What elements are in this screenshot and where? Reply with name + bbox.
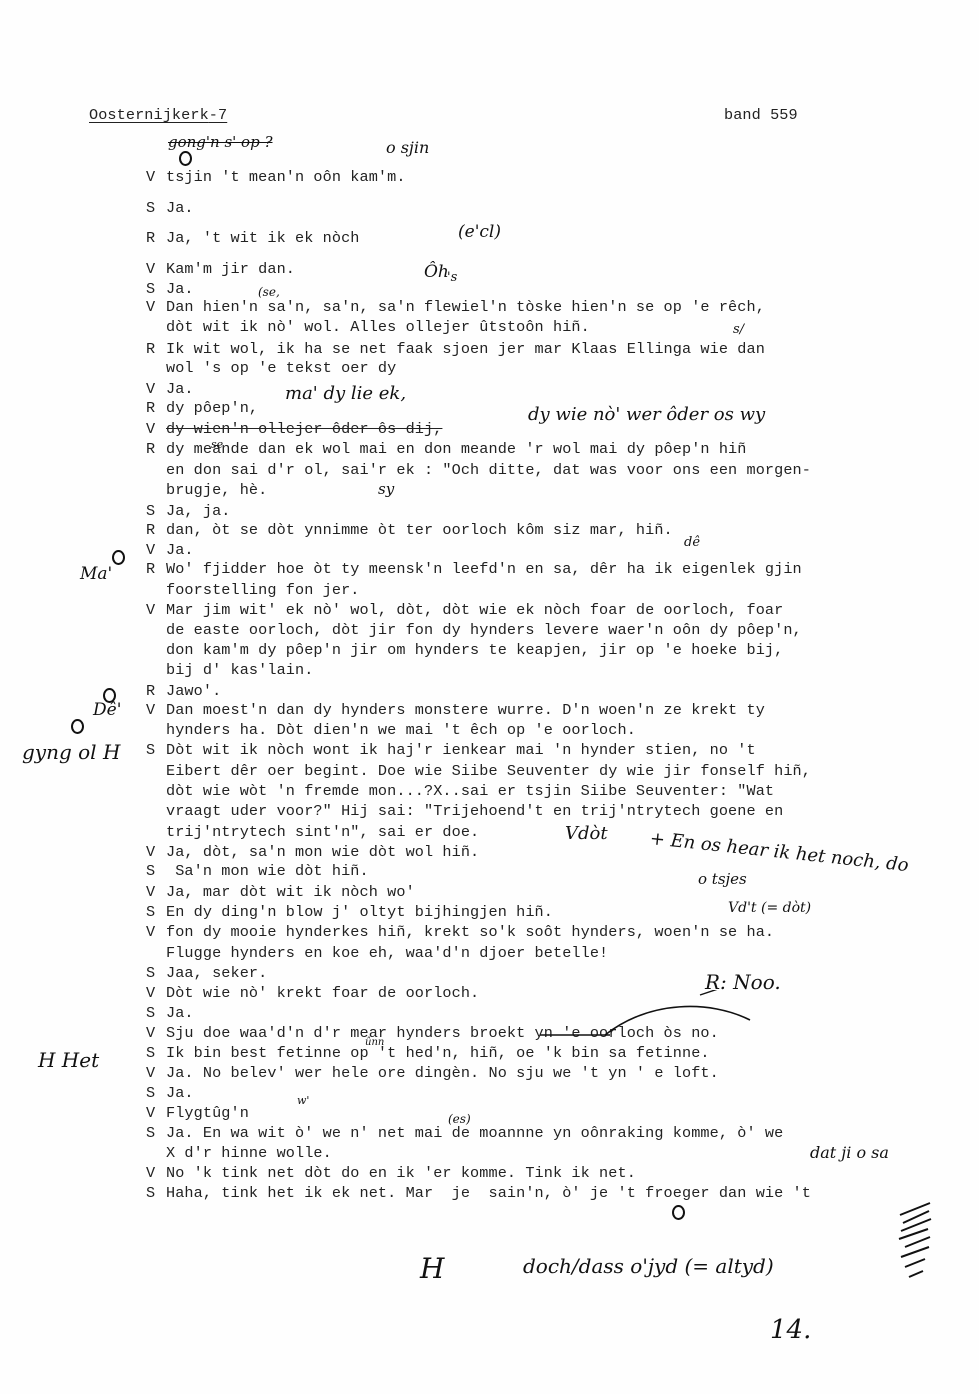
line-text: Ja. [166, 541, 194, 559]
annotation-bottom-h: H [420, 1252, 444, 1285]
speaker-label: V [146, 168, 166, 186]
line-text: Sa'n mon wie dòt hiñ. [166, 862, 369, 880]
transcript-line: dòt wit ik nò' wol. Alles ollejer ûtstoô… [146, 318, 590, 336]
annotation-w: w' [297, 1094, 309, 1107]
speaker-label: S [146, 1084, 166, 1102]
speaker-label: V [146, 883, 166, 901]
speaker-label: V [146, 1164, 166, 1182]
speaker-label: V [146, 1024, 166, 1042]
speaker-label: R [146, 560, 166, 578]
transcript-line: SIk bin best fetinne op 't hed'n, hiñ, o… [146, 1044, 710, 1062]
speaker-label: R [146, 340, 166, 358]
transcript-line: SJa. [146, 1004, 194, 1022]
transcript-line: VJa, dòt, sa'n mon wie dòt wol hiñ. [146, 843, 479, 861]
transcript-line: RWo' fjidder hoe òt ty meensk'n leefd'n … [146, 560, 802, 578]
speaker-label: V [146, 923, 166, 941]
line-text: don kam'm dy pôep'n jir om hynders te ke… [166, 641, 783, 659]
speaker-label: S [146, 199, 166, 217]
document-page: Oosternijkerk-7 band 559 Vtsjin 't mean'… [0, 0, 979, 1394]
line-text: Mar jim wit' ek nò' wol, dòt, dòt wie ek… [166, 601, 783, 619]
line-text: En dy ding'n blow j' oltyt bijhingjen hi… [166, 903, 553, 921]
line-text: Haha, tink het ik ek net. Mar je sain'n,… [166, 1184, 811, 1202]
line-text: dòt wit ik nò' wol. Alles ollejer ûtstoô… [166, 318, 590, 336]
speaker-label: V [146, 541, 166, 559]
transcript-line: en don sai d'r ol, sai'r ek : "Och ditte… [146, 461, 811, 479]
line-text: dy meande dan ek wol mai en don meande '… [166, 440, 746, 458]
line-text: dòt wie wòt 'n fremde mon...?X..sai er t… [166, 782, 774, 800]
transcript-line: VMar jim wit' ek nò' wol, dòt, dòt wie e… [146, 601, 783, 619]
speaker-label: S [146, 741, 166, 759]
annotation-dat-ji: dat ji o sa [810, 1143, 889, 1162]
line-text: dy pôep'n, [166, 399, 258, 417]
line-text: brugje, hè. [166, 481, 267, 499]
transcript-line: SJa. [146, 199, 194, 217]
speaker-label: S [146, 1184, 166, 1202]
speaker-label: S [146, 1124, 166, 1142]
line-text: foorstelling fon jer. [166, 581, 360, 599]
transcript-line: X d'r hinne wolle. [146, 1144, 332, 1162]
line-text: Flugge hynders en koe eh, waa'd'n djoer … [166, 944, 608, 962]
transcript-line: Rdy meande dan ek wol mai en don meande … [146, 440, 746, 458]
annotation-vdot-box: Vd't (= dòt) [728, 900, 811, 916]
line-text: fon dy mooie hynderkes hiñ, krekt so'k s… [166, 923, 774, 941]
line-text: Jaa, seker. [166, 964, 267, 982]
speaker-label: S [146, 1004, 166, 1022]
transcript-line: Flugge hynders en koe eh, waa'd'n djoer … [146, 944, 608, 962]
annotation-top-left: gong'n s' op ? [168, 133, 272, 151]
speaker-label: R [146, 682, 166, 700]
transcript-line: vraagt uder voor?" Hij sai: "Trijehoend'… [146, 802, 783, 820]
annotation-vdot: Vdòt [565, 823, 608, 844]
line-text: Ja. [166, 280, 194, 298]
line-text: Flygtûg'n [166, 1104, 249, 1122]
transcript-line: wol 's op 'e tekst oer dy [146, 359, 396, 377]
band-number: band 559 [724, 106, 798, 124]
circle-mark [71, 719, 84, 734]
speaker-label: V [146, 601, 166, 619]
speaker-label: V [146, 298, 166, 316]
line-text: Ja. [166, 380, 194, 398]
line-text: X d'r hinne wolle. [166, 1144, 332, 1162]
annotation-de: dê [684, 535, 700, 550]
circle-mark [179, 151, 192, 166]
line-text: Dan moest'n dan dy hynders monstere wurr… [166, 701, 765, 719]
line-text: tsjin 't mean'n oôn kam'm. [166, 168, 406, 186]
transcript-line: VDan hien'n sa'n, sa'n, sa'n flewiel'n t… [146, 298, 765, 316]
transcript-line: VKam'm jir dan. [146, 260, 295, 278]
transcript-line: Rdy pôep'n, [146, 399, 258, 417]
transcript-line: trij'ntrytech sint'n", sai er doe. [146, 823, 479, 841]
line-text: Wo' fjidder hoe òt ty meensk'n leefd'n e… [166, 560, 802, 578]
speaker-label: S [146, 862, 166, 880]
annotation-ellinga: s/ [733, 322, 744, 337]
annotation-unn: ûnn [365, 1037, 384, 1048]
speaker-label: S [146, 964, 166, 982]
transcript-line: SEn dy ding'n blow j' oltyt bijhingjen h… [146, 903, 553, 921]
transcript-line: VJa, mar dòt wit ik nòch wo' [146, 883, 415, 901]
line-text: Ja, 't wit ik ek nòch [166, 229, 360, 247]
speaker-label: V [146, 843, 166, 861]
line-text: vraagt uder voor?" Hij sai: "Trijehoend'… [166, 802, 783, 820]
document-title: Oosternijkerk-7 [89, 106, 227, 124]
transcript-line: SJaa, seker. [146, 964, 267, 982]
transcript-line: de easte oorloch, dòt jir fon dy hynders… [146, 621, 802, 639]
transcript-line: SHaha, tink het ik ek net. Mar je sain'n… [146, 1184, 811, 1202]
speaker-label: S [146, 903, 166, 921]
line-text: Jawo'. [166, 682, 221, 700]
line-text: Kam'm jir dan. [166, 260, 295, 278]
speaker-label: R [146, 229, 166, 247]
speaker-label: S [146, 280, 166, 298]
transcript-line: RJawo'. [146, 682, 221, 700]
transcript-line: S Sa'n mon wie dòt hiñ. [146, 862, 369, 880]
annotation-margin-h-het: H Het [38, 1048, 99, 1072]
speaker-label: V [146, 1064, 166, 1082]
line-text: Ja. En wa wit ò' we n' net mai de moannn… [166, 1124, 783, 1142]
line-text: Ja, mar dòt wit ik nòch wo' [166, 883, 415, 901]
line-text: Ja. [166, 1084, 194, 1102]
circle-mark [103, 688, 116, 703]
line-text: Ik bin best fetinne op 't hed'n, hiñ, oe… [166, 1044, 710, 1062]
transcript-line: VNo 'k tink net dòt do en ik 'er komme. … [146, 1164, 636, 1182]
transcript-line: VJa. [146, 541, 194, 559]
annotation-top-right: o sjin [386, 138, 429, 157]
transcript-line: VJa. [146, 380, 194, 398]
speaker-label: S [146, 502, 166, 520]
annotation-margin-de: Dê' [93, 700, 121, 720]
annotation-margin-gyng: gyng ol H [22, 740, 120, 764]
transcript-line: Vtsjin 't mean'n oôn kam'm. [146, 168, 406, 186]
speaker-label: V [146, 701, 166, 719]
transcript-line: don kam'm dy pôep'n jir om hynders te ke… [146, 641, 783, 659]
transcript-line: RIk wit wol, ik ha se net faak sjoen jer… [146, 340, 765, 358]
annotation-otsjes: o tsjes [698, 870, 747, 888]
line-text: No 'k tink net dòt do en ik 'er komme. T… [166, 1164, 636, 1182]
line-text: en don sai d'r ol, sai'r ek : "Och ditte… [166, 461, 811, 479]
annotation-dy-wie-no: dy wie nò' wer ôder os wy [528, 404, 765, 425]
annotation-s: 's [447, 270, 457, 285]
speaker-label: V [146, 260, 166, 278]
annotation-sy: sy [378, 480, 394, 498]
transcript-line: Vfon dy mooie hynderkes hiñ, krekt so'k … [146, 923, 774, 941]
circle-mark [672, 1205, 685, 1220]
annotation-en-os: + En os hear ik het noch, do [649, 828, 910, 876]
transcript-line: VDòt wie nò' krekt foar de oorloch. [146, 984, 479, 1002]
line-text: Ja, ja. [166, 502, 231, 520]
transcript-line: VJa. No belev' wer hele ore dingèn. No s… [146, 1064, 719, 1082]
annotation-les: (es) [448, 1112, 471, 1126]
line-text: de easte oorloch, dòt jir fon dy hynders… [166, 621, 802, 639]
line-text: Ja, dòt, sa'n mon wie dòt wol hiñ. [166, 843, 479, 861]
line-text: dy wien'n ollejer ôder ôs dij, [166, 420, 442, 438]
transcript-line: SJa. En wa wit ò' we n' net mai de moann… [146, 1124, 783, 1142]
transcript-line: VDan moest'n dan dy hynders monstere wur… [146, 701, 765, 719]
page-number: 14. [770, 1315, 811, 1345]
transcript-line: bij d' kas'lain. [146, 661, 313, 679]
line-text: Dan hien'n sa'n, sa'n, sa'n flewiel'n tò… [166, 298, 765, 316]
circle-mark [112, 550, 125, 565]
speaker-label: V [146, 380, 166, 398]
line-text: Eibert dêr oer begint. Doe wie Siibe Seu… [166, 762, 811, 780]
transcript-line: dòt wie wòt 'n fremde mon...?X..sai er t… [146, 782, 774, 800]
transcript-line: SJa. [146, 280, 194, 298]
line-text: hynders ha. Dòt dien'n we mai 't êch op … [166, 721, 636, 739]
insertion-arrow [530, 990, 760, 1040]
speaker-label: V [146, 420, 166, 438]
line-text: Ja. [166, 1004, 194, 1022]
line-text: Ja. No belev' wer hele ore dingèn. No sj… [166, 1064, 719, 1082]
annotation-bottom-note: doch/dass o'jyd (= altyd) [523, 1254, 774, 1278]
transcript-line: SDòt wit ik nòch wont ik haj'r ienkear m… [146, 741, 756, 759]
line-text: Dòt wit ik nòch wont ik haj'r ienkear ma… [166, 741, 756, 759]
transcript-line: RJa, 't wit ik ek nòch [146, 229, 360, 247]
transcript-line: VFlygtûg'n [146, 1104, 249, 1122]
transcript-line: hynders ha. Dòt dien'n we mai 't êch op … [146, 721, 636, 739]
annotation-se-sup: se [211, 438, 223, 451]
speaker-label: V [146, 984, 166, 1002]
scribble-mark [895, 1195, 935, 1285]
line-text: trij'ntrytech sint'n", sai er doe. [166, 823, 479, 841]
line-text: bij d' kas'lain. [166, 661, 313, 679]
annotation-margin-ma: Ma' [80, 564, 112, 584]
transcript-line: SJa. [146, 1084, 194, 1102]
transcript-line: Eibert dêr oer begint. Doe wie Siibe Seu… [146, 762, 811, 780]
line-text: Dòt wie nò' krekt foar de oorloch. [166, 984, 479, 1002]
transcript-line: foorstelling fon jer. [146, 581, 360, 599]
line-text: Ja. [166, 199, 194, 217]
annotation-oh: Ôh [424, 262, 449, 282]
transcript-line: brugje, hè. [146, 481, 267, 499]
line-text: dan, òt se dòt ynnimme òt ter oorloch kô… [166, 521, 673, 539]
annotation-ma-dy-lie-ek: ma' dy lie ek, [285, 383, 406, 404]
speaker-label: R [146, 399, 166, 417]
speaker-label: S [146, 1044, 166, 1062]
transcript-line: Vdy wien'n ollejer ôder ôs dij, [146, 420, 442, 438]
speaker-label: R [146, 521, 166, 539]
annotation-upper-right: (e'cl) [458, 222, 501, 242]
transcript-line: SJa, ja. [146, 502, 231, 520]
speaker-label: R [146, 440, 166, 458]
speaker-label: V [146, 1104, 166, 1122]
line-text: Ik wit wol, ik ha se net faak sjoen jer … [166, 340, 765, 358]
line-text: wol 's op 'e tekst oer dy [166, 359, 396, 377]
annotation-se: (se, [258, 285, 280, 299]
transcript-line: Rdan, òt se dòt ynnimme òt ter oorloch k… [146, 521, 673, 539]
